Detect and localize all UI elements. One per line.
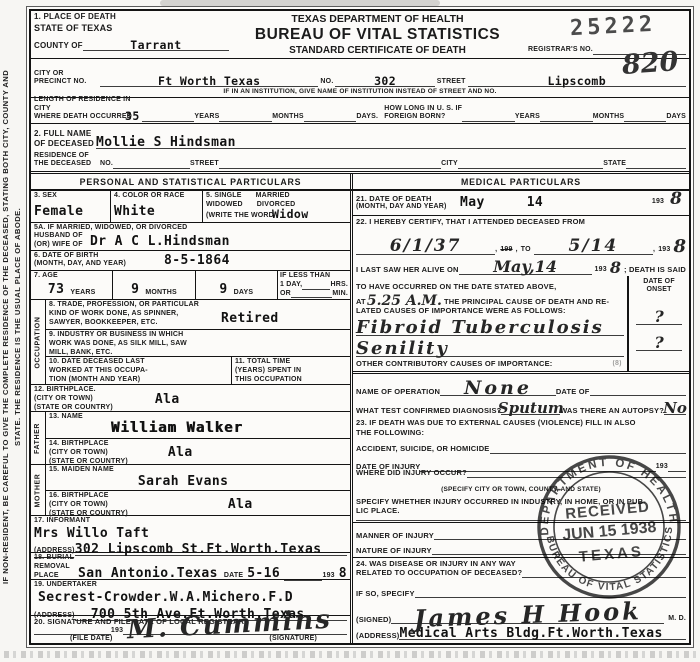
row-operation: NAME OF OPERATION None DATE OF (353, 374, 689, 398)
precinct-no-label: PRECINCT NO. (34, 78, 100, 87)
mother-bp-label: 16. BIRTHPLACE (49, 492, 128, 501)
row-date-of-death: 21. DATE OF DEATH (MONTH, DAY AND YEAR) … (353, 191, 689, 216)
age-days-label: DAYS (234, 289, 254, 298)
accident-label: ACCIDENT, SUICIDE, OR HOMICIDE (356, 444, 490, 453)
mother-bp-city-label: (CITY OR TOWN) (49, 501, 128, 510)
county-value: Tarrant (130, 38, 181, 52)
row-industry: 9. INDUSTRY OR BUSINESS IN WHICH WORK WA… (46, 330, 350, 357)
age-years-label: YEARS (70, 289, 95, 298)
place-label: PLACE (34, 572, 78, 581)
residence-label2: THE DECEASED (34, 160, 100, 169)
section-personal-title: PERSONAL AND STATISTICAL PARTICULARS (80, 177, 302, 187)
write-word-label: (WRITE THE WORD (206, 212, 274, 221)
age-days-value: 9 (219, 282, 227, 297)
md-label: M. D. (668, 615, 686, 624)
cause-block: TO HAVE OCCURRED ON THE DATE STATED ABOV… (353, 276, 689, 374)
marital-value: Widow (272, 207, 309, 221)
burial-date-value: 5-16 (247, 566, 280, 581)
field1-label: 1. PLACE OF DEATH (34, 12, 229, 22)
spouse-label1: 5A. IF MARRIED, WIDOWED, OR DIVORCED (34, 224, 347, 233)
related-label2: RELATED TO OCCUPATION OF DECEASED? (356, 568, 522, 577)
test-label: WHAT TEST CONFIRMED DIAGNOSIS? (356, 406, 501, 415)
informant-value: Mrs Willo Taft (34, 526, 347, 541)
seal-received-text: RECEIVED (565, 498, 651, 522)
onset1-value: ? (654, 307, 663, 326)
mother-group: MOTHER 15. MAIDEN NAME Sarah Evans 16. B… (31, 465, 350, 516)
industry-label2: WORK WAS DONE, AS SILK MILL, SAW (49, 340, 187, 349)
row-registrar: 20. SIGNATURE AND FILE DATE OF LOCAL REG… (31, 616, 350, 646)
dod-label2: (MONTH, DAY AND YEAR) (356, 203, 460, 212)
personal-column: 3. SEX Female 4. COLOR OR RACE White 5. … (31, 191, 353, 643)
title-dept: TEXAS DEPARTMENT OF HEALTH (291, 13, 463, 25)
dod-year-value: 8 (670, 189, 682, 209)
certify-comma3: , (653, 246, 655, 255)
mother-side-label: MOTHER (31, 465, 46, 516)
cause2-value: Senility (356, 338, 449, 359)
manner-label: MANNER OF INJURY (356, 531, 434, 540)
marital-widowed-label: WIDOWED (206, 201, 243, 210)
father-side-label: FATHER (31, 412, 46, 465)
father-bp-value: Ala (168, 445, 193, 463)
onset2-value: ? (654, 333, 663, 352)
spouse-label3: (OR) WIFE OF (34, 241, 90, 250)
residence-length-label2: WHERE DEATH OCCURRED (34, 113, 137, 122)
file-date-label: (FILE DATE) (70, 635, 113, 644)
dob-label2: (MONTH, DAY, AND YEAR) (34, 260, 146, 269)
occupation-group: OCCUPATION 8. TRADE, PROFESSION, OR PART… (31, 300, 350, 385)
father-name-label: 13. NAME (49, 413, 83, 437)
months-label2: MONTHS (593, 113, 625, 122)
race-label: 4. COLOR OR RACE (114, 192, 199, 201)
sex-value: Female (34, 204, 107, 219)
attended-to-value: 5/14 (569, 236, 619, 256)
trade-label2: KIND OF WORK DONE, AS SPINNER, (49, 310, 199, 319)
certify-comma2: , (516, 246, 518, 255)
margin-note-line1: IF NON-RESIDENT, BE CAREFUL TO GIVE THE … (1, 10, 10, 644)
birthplace-state-label: (STATE OR COUNTRY) (34, 404, 113, 413)
full-name-label2: OF DECEASED (34, 139, 96, 149)
undertaker-value: Secrest-Crowder.W.A.Michero.F.D (38, 590, 347, 605)
signed-label: (SIGNED) (356, 615, 391, 624)
institution-note: IF IN AN INSTITUTION, GIVE NAME OF INSTI… (223, 88, 496, 96)
age-label: 7. AGE (34, 272, 58, 281)
row-father-birthplace: 14. BIRTHPLACE (CITY OR TOWN) (STATE OR … (46, 439, 350, 465)
seal-date-text: JUN 15 1938 (562, 519, 658, 544)
attended-from-value: 6/1/37 (390, 236, 462, 256)
other-causes-label: OTHER CONTRIBUTORY CAUSES OF IMPORTANCE: (356, 359, 552, 368)
other-causes-note: (8) (612, 360, 621, 369)
spouse-label2: HUSBAND OF (34, 232, 90, 241)
age-months-value: 9 (131, 282, 139, 297)
total-time-label2: (YEARS) SPENT IN (235, 367, 347, 376)
trade-label1: 8. TRADE, PROFESSION, OR PARTICULAR (49, 301, 199, 310)
attended-year-value: 8 (673, 236, 686, 257)
certify-199-label: 199 (500, 246, 512, 255)
months-label: MONTHS (272, 113, 304, 122)
row-external-causes: 23. IF DEATH WAS DUE TO EXTERNAL CAUSES … (353, 416, 689, 437)
certify-to-label: TO (521, 246, 531, 255)
row-mother-name: 15. MAIDEN NAME Sarah Evans (46, 465, 350, 491)
race-value: White (114, 204, 199, 219)
onset-box: DATE OF ONSET ? ? (627, 276, 689, 371)
total-time-label1: 11. TOTAL TIME (235, 358, 347, 367)
res-street-label: STREET (190, 160, 219, 169)
undertaker-label: 19. UNDERTAKER (34, 581, 347, 590)
row-sex-race-marital: 3. SEX Female 4. COLOR OR RACE White 5. … (31, 191, 350, 223)
last-saw-value: May,14 (493, 257, 557, 276)
city-value: Ft Worth Texas (158, 74, 261, 88)
registrar-no-value: 820 (621, 46, 679, 81)
trade-value: Retired (221, 311, 279, 326)
full-name-row: 2. FULL NAME OF DECEASED Mollie S Hindsm… (31, 124, 689, 150)
dod-day-value: 14 (527, 195, 543, 210)
title-bureau: BUREAU OF VITAL STATISTICS (255, 26, 500, 44)
marital-married-label: MARRIED (256, 192, 290, 201)
last-worked-label2: WORKED AT THIS OCCUPA- (49, 367, 228, 376)
row-informant: 17. INFORMANT Mrs Willo Taft (ADDRESS) 3… (31, 516, 350, 553)
res-city-label: CITY (441, 160, 458, 169)
occurred-label2: THE PRINCIPAL CAUSE OF DEATH AND RE- (444, 297, 609, 306)
row-father-name: 13. NAME William Walker (46, 412, 350, 439)
residence-length-value: 35 (125, 109, 140, 123)
occurred-label1: TO HAVE OCCURRED ON THE DATE STATED ABOV… (356, 282, 624, 291)
no-label: NO. (320, 78, 333, 87)
if-less-than-label1: IF LESS THAN (280, 272, 348, 281)
mother-name-value: Sarah Evans (138, 474, 229, 489)
trade-label3: SAWYER, BOOKKEEPER, ETC. (49, 319, 199, 328)
dob-value: 8-5-1864 (164, 253, 230, 268)
house-no-value: 302 (374, 74, 396, 88)
birthplace-label: 12. BIRTHPLACE. (34, 386, 113, 395)
years-label: YEARS (194, 113, 219, 122)
scan-smudge (160, 0, 440, 6)
operation-date-label: DATE OF (556, 387, 590, 396)
mother-name-label: 15. MAIDEN NAME (49, 466, 114, 489)
last-worked-label1: 10. DATE DECEASED LAST (49, 358, 228, 367)
res-state-label: STATE (603, 160, 626, 169)
where-injury-label: WHERE DID INJURY OCCUR? (356, 468, 467, 477)
row-age: 7. AGE 73 YEARS 9 MONTHS 9 DAYS IF LESS (31, 271, 350, 300)
death-certificate-scan: IF NON-RESIDENT, BE CAREFUL TO GIVE THE … (0, 0, 700, 662)
days-label2: DAYS (666, 113, 686, 122)
years-label2: YEARS (515, 113, 540, 122)
dod-label1: 21. DATE OF DEATH (356, 194, 460, 203)
age-years-value: 73 (48, 282, 64, 297)
external-label2: THE FOLLOWING: (356, 428, 686, 437)
us-length-label1: HOW LONG IN U. S. IF (384, 105, 462, 114)
burial-date-label: DATE (224, 572, 243, 581)
min-label: MIN. (332, 290, 348, 299)
city-or-label: CITY OR (34, 70, 100, 79)
registrar-no-label: REGISTRAR'S NO. (528, 46, 593, 55)
residence-label1: RESIDENCE OF (34, 152, 100, 161)
age-months-label: MONTHS (145, 289, 177, 298)
residence-length-label1: LENGTH OF RESIDENCE IN CITY (34, 96, 137, 114)
burial-year-value: 8 (339, 566, 347, 581)
birthplace-city-label: (CITY OR TOWN) (34, 395, 113, 404)
last-saw-year-value: 8 (610, 258, 621, 277)
row-burial: 18. BURIAL REMOVAL PLACE San Antonio.Tex… (31, 553, 350, 580)
row-mother-birthplace: 16. BIRTHPLACE (CITY OR TOWN) (STATE OR … (46, 491, 350, 516)
father-bp-label: 14. BIRTHPLACE (49, 440, 128, 449)
mother-bp-value: Ala (228, 497, 253, 514)
father-bp-city-label: (CITY OR TOWN) (49, 449, 128, 458)
last-saw-193-label: 193 (595, 266, 607, 275)
row-spouse: 5A. IF MARRIED, WIDOWED, OR DIVORCED HUS… (31, 223, 350, 251)
title-standard: STANDARD CERTIFICATE OF DEATH (289, 45, 466, 56)
removal-label: REMOVAL (34, 563, 78, 572)
cause1-value: Fibroid Tuberculosis (356, 317, 604, 338)
registrar-193-label: 193 (111, 627, 123, 636)
death-said-label: ; DEATH IS SAID (624, 265, 686, 274)
onset-label2: ONSET (646, 286, 671, 295)
row-dob: 6. DATE OF BIRTH (MONTH, DAY, AND YEAR) … (31, 251, 350, 272)
row-last-worked: 10. DATE DECEASED LAST WORKED AT THIS OC… (46, 357, 350, 385)
autopsy-label: WAS THERE AN AUTOPSY? (560, 406, 664, 415)
city-precinct-row: CITY OR PRECINCT NO. Ft Worth Texas NO. … (31, 59, 689, 87)
certify-193-label: 193 (658, 246, 670, 255)
res-no-label: NO. (100, 160, 113, 169)
section-header-row: PERSONAL AND STATISTICAL PARTICULARS MED… (31, 174, 689, 191)
hrs-label: HRS. (330, 281, 348, 290)
us-length-label2: FOREIGN BORN? (384, 113, 462, 122)
at-label: AT (356, 297, 366, 306)
birthplace-value: Ala (155, 392, 180, 410)
test-value: Sputum (498, 399, 564, 417)
row-trade: 8. TRADE, PROFESSION, OR PARTICULAR KIND… (46, 300, 350, 330)
occupation-side-label: OCCUPATION (31, 300, 46, 385)
certificate-number-stamp: 25222 (569, 12, 656, 41)
operation-value: None (464, 377, 532, 399)
margin-note-line2: STATE. THE RESIDENCE IS THE USUAL PLACE … (13, 10, 22, 644)
external-label1: 23. IF DEATH WAS DUE TO EXTERNAL CAUSES … (356, 418, 686, 427)
burial-label: 18. BURIAL (34, 554, 347, 563)
operation-label: NAME OF OPERATION (356, 387, 440, 396)
last-worked-label3: TION (MONTH AND YEAR) (49, 376, 228, 385)
if-so-label: IF SO, SPECIFY (356, 589, 415, 598)
state-of-texas-label: STATE OF TEXAS (34, 23, 229, 34)
row-signed: (SIGNED) James H Hook M. D. (353, 599, 689, 625)
burial-place-value: San Antonio.Texas (78, 566, 218, 581)
marital-single-label: 5. SINGLE (206, 192, 242, 201)
father-group: FATHER 13. NAME William Walker 14. BIRTH… (31, 412, 350, 465)
autopsy-value: No (663, 399, 687, 417)
row-test-autopsy: WHAT TEST CONFIRMED DIAGNOSIS? Sputum WA… (353, 397, 689, 416)
section-medical-title: MEDICAL PARTICULARS (461, 177, 581, 187)
street-value: Lipscomb (547, 74, 606, 88)
full-name-label1: 2. FULL NAME (34, 129, 96, 139)
burial-193-label: 193 (322, 572, 334, 581)
row-birthplace: 12. BIRTHPLACE. (CITY OR TOWN) (STATE OR… (31, 385, 350, 412)
county-label: COUNTY OF (34, 41, 83, 51)
total-time-label3: THIS OCCUPATION (235, 376, 347, 385)
nature-label: NATURE OF INJURY (356, 546, 432, 555)
full-name-value: Mollie S Hindsman (96, 135, 236, 150)
industry-label3: MILL, BANK, ETC. (49, 349, 187, 358)
occurred-label3: LATED CAUSES OF IMPORTANCE WERE AS FOLLO… (356, 306, 624, 315)
certify-comma1: , (495, 246, 497, 255)
informant-label: 17. INFORMANT (34, 517, 347, 526)
onset-label1: DATE OF (643, 278, 675, 287)
sex-label: 3. SEX (34, 192, 107, 201)
dod-193-label: 193 (652, 198, 664, 207)
seal-state-text: TEXAS (578, 543, 644, 566)
dob-label1: 6. DATE OF BIRTH (34, 252, 146, 261)
residence-length-row: LENGTH OF RESIDENCE IN CITY WHERE DEATH … (31, 98, 689, 124)
days-label: DAYS. (356, 113, 378, 122)
if-less-than-label2: 1 DAY, (280, 281, 302, 290)
received-seal-stamp: DEPARTMENT OF HEALTH BUREAU OF VITAL STA… (528, 446, 691, 609)
certify-label: 22. I HEREBY CERTIFY, THAT I ATTENDED DE… (356, 217, 686, 226)
father-name-value: William Walker (111, 420, 243, 437)
industry-label1: 9. INDUSTRY OR BUSINESS IN WHICH (49, 331, 187, 340)
last-saw-label: I LAST SAW HER ALIVE ON (356, 265, 459, 274)
street-label: STREET (437, 78, 466, 87)
or-label: OR (280, 290, 291, 299)
dod-month-value: May (460, 195, 485, 210)
residence-row: RESIDENCE OF THE DECEASED NO. STREET CIT… (31, 150, 689, 174)
row-certify: 22. I HEREBY CERTIFY, THAT I ATTENDED DE… (353, 216, 689, 256)
header-row: 1. PLACE OF DEATH STATE OF TEXAS COUNTY … (31, 11, 689, 59)
physician-address-label: (ADDRESS) (356, 631, 399, 640)
row-last-saw: I LAST SAW HER ALIVE ON May,14 193 8 ; D… (353, 256, 689, 276)
spouse-value: Dr A C L.Hindsman (90, 234, 230, 249)
scan-edge-noise (4, 651, 696, 658)
